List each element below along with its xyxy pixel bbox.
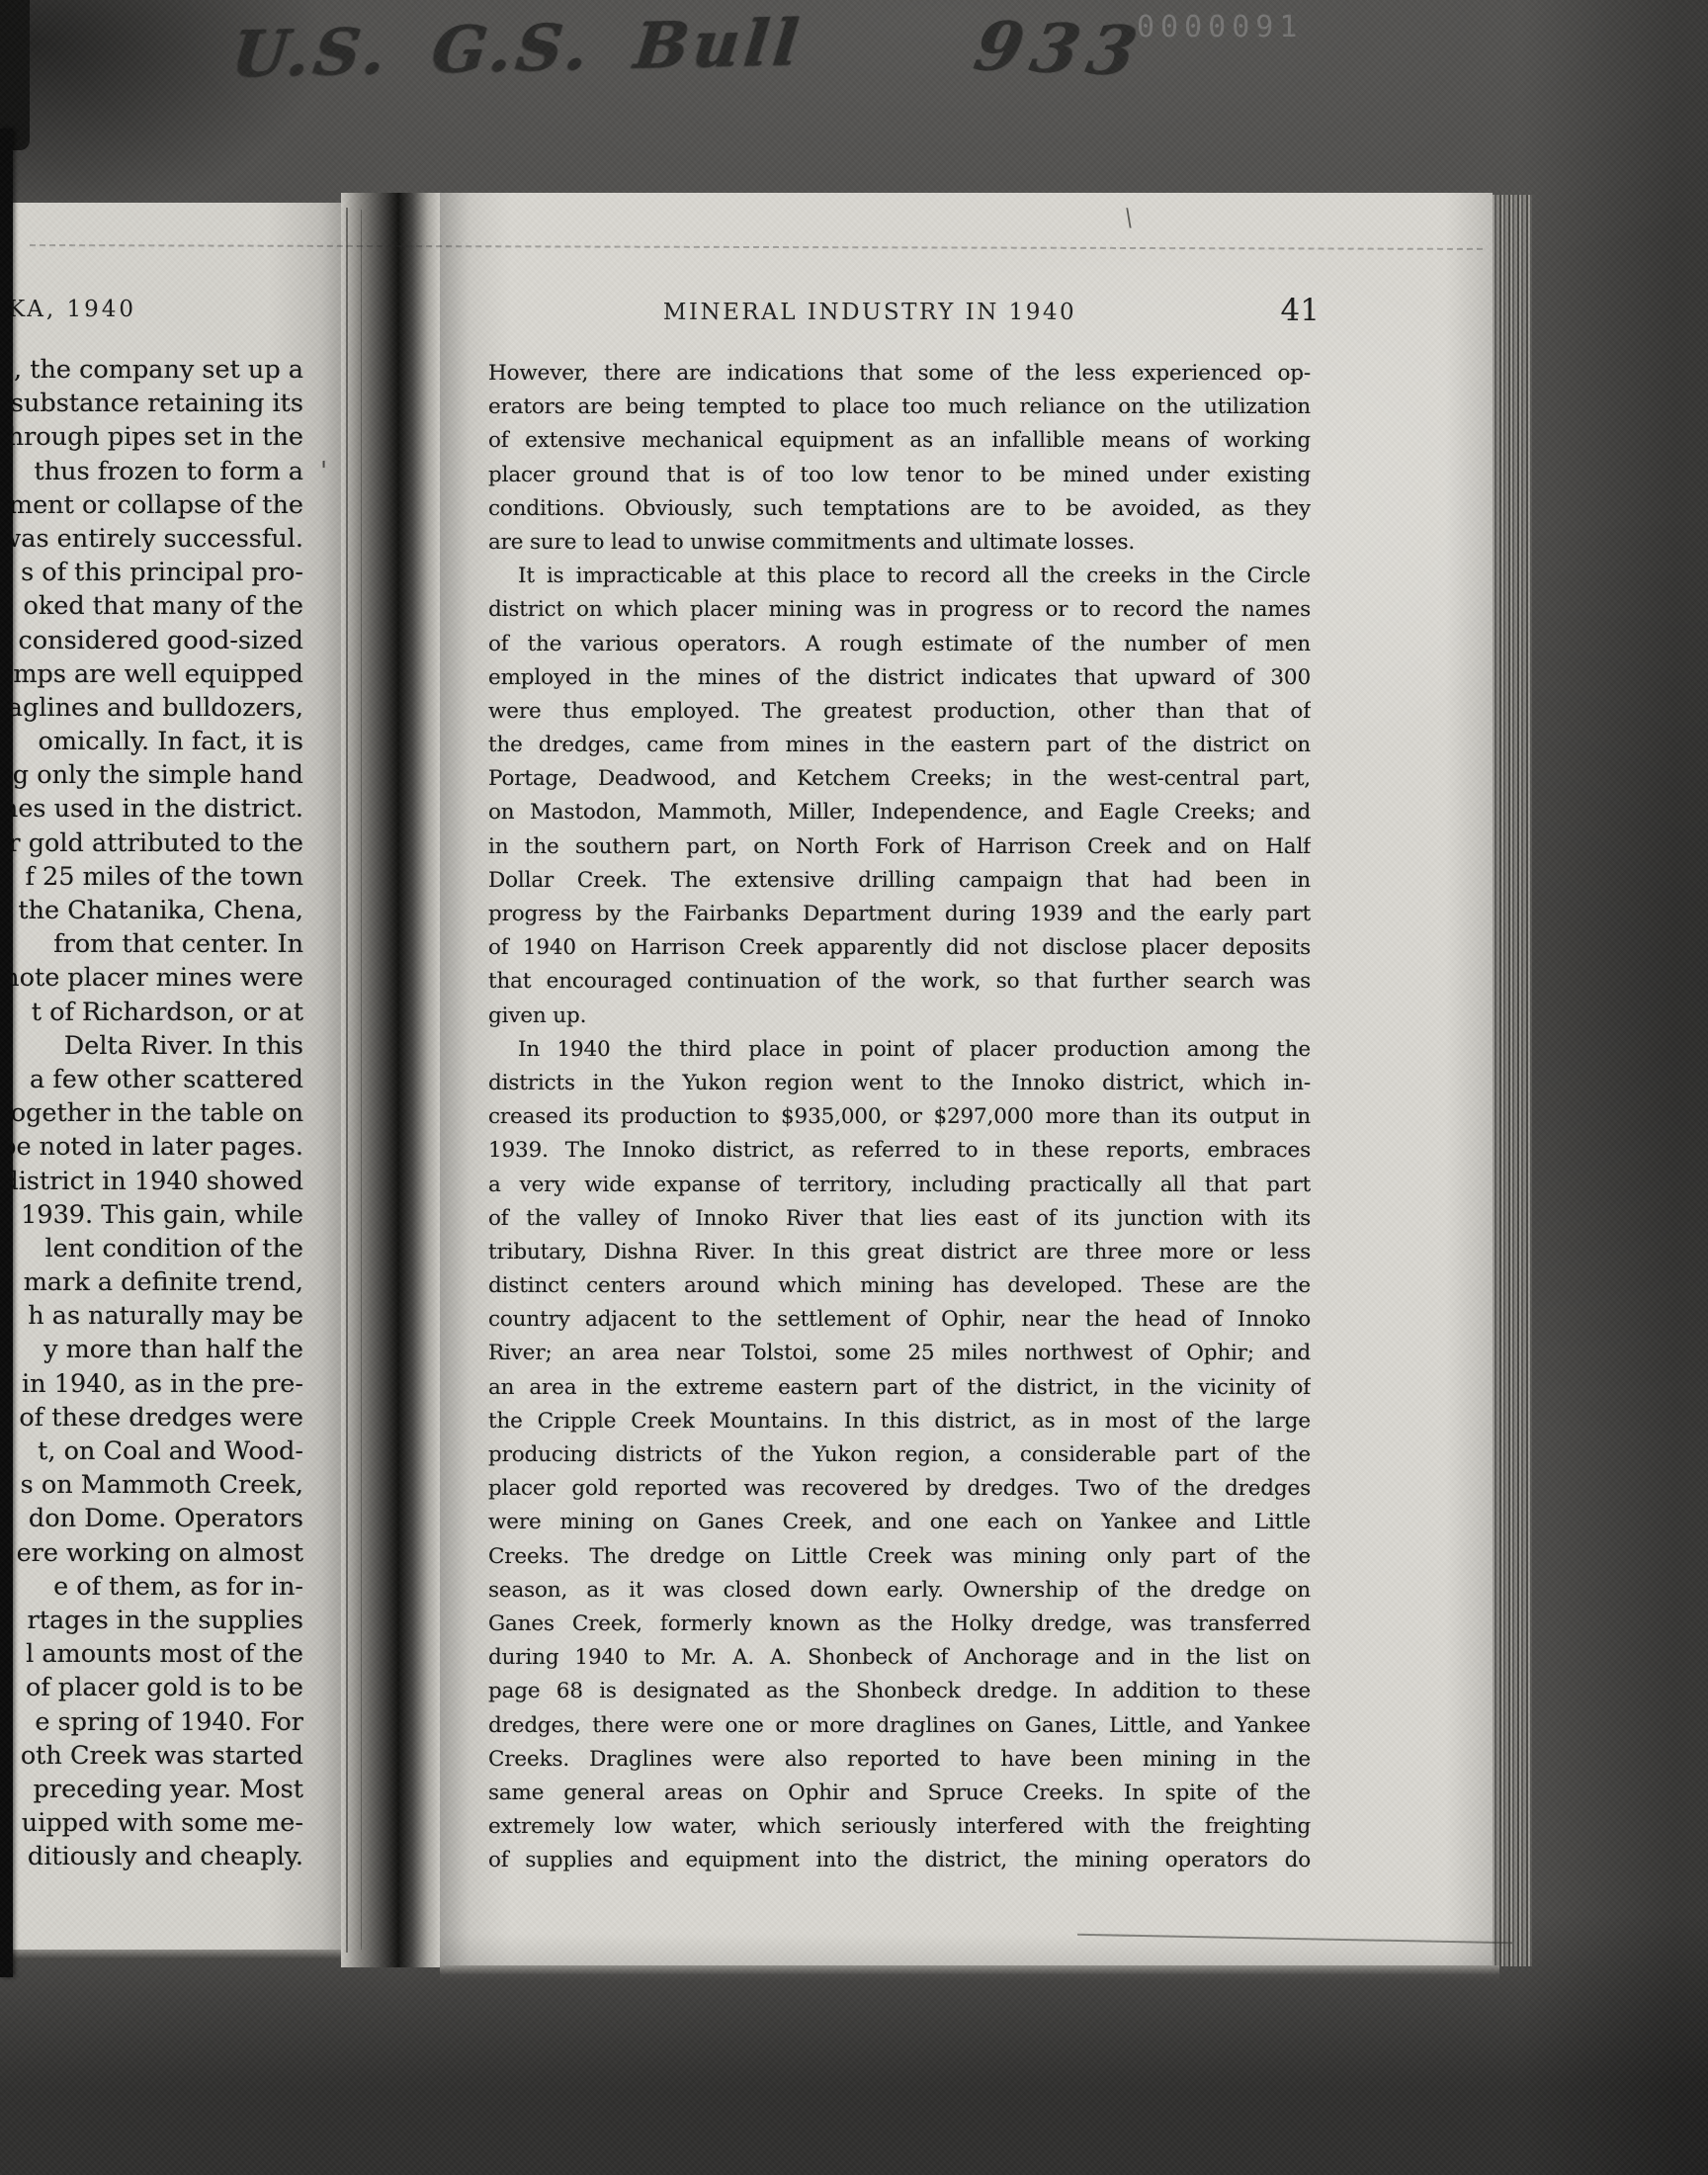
text-line: preceding year. Most	[0, 1773, 303, 1806]
text-line: mps are well equipped	[0, 657, 303, 691]
text-line: same general areas on Ophir and Spruce C…	[488, 1777, 1311, 1810]
text-line: mote placer mines were	[0, 961, 303, 995]
text-line: e spring of 1940. For	[0, 1705, 303, 1739]
text-line: Creeks. Draglines were also reported to …	[488, 1743, 1311, 1777]
text-line: together in the table on	[0, 1096, 303, 1130]
left-page-running-head: KA, 1940	[8, 297, 136, 322]
text-line: thus frozen to form a	[0, 455, 303, 488]
stray-ink-mark: '	[320, 457, 327, 486]
text-line: l amounts most of the	[0, 1637, 303, 1671]
text-line: of supplies and equipment into the distr…	[488, 1844, 1311, 1877]
text-line: hrough pipes set in the	[0, 420, 303, 454]
text-line: Dollar Creek. The extensive drilling cam…	[488, 864, 1311, 898]
text-line: was entirely successful.	[0, 522, 303, 556]
text-line: In 1940 the third place in point of plac…	[488, 1033, 1311, 1067]
page-edge-line	[361, 210, 362, 1950]
text-line: considered good-sized	[0, 624, 303, 657]
text-line: erators are being tempted to place too m…	[488, 391, 1311, 424]
handwritten-bulletin-number: 933	[965, 7, 1152, 108]
text-line: don Dome. Operators	[0, 1502, 303, 1535]
page-stack-edges	[1493, 195, 1532, 1966]
text-line: in the southern part, on North Fork of H…	[488, 830, 1311, 864]
text-line: oth Creek was started	[0, 1739, 303, 1773]
text-line: extremely low water, which seriously int…	[488, 1810, 1311, 1844]
text-line: River; an area near Tolstoi, some 25 mil…	[488, 1337, 1311, 1370]
text-line: , the company set up a	[0, 353, 303, 387]
text-line: substance retaining its	[0, 387, 303, 420]
text-line: employed in the mines of the district in…	[488, 661, 1311, 695]
text-line: ere working on almost	[0, 1536, 303, 1570]
text-line: from that center. In	[0, 927, 303, 961]
text-line: the Chatanika, Chena,	[0, 894, 303, 927]
faint-stamp-number: 0000091	[1137, 10, 1303, 44]
text-line: during 1940 to Mr. A. A. Shonbeck of Anc…	[488, 1641, 1311, 1675]
text-line: er gold attributed to the	[0, 826, 303, 860]
text-line: conditions. Obviously, such temptations …	[488, 492, 1311, 526]
text-line: ment or collapse of the	[0, 488, 303, 522]
text-line: the dredges, came from mines in the east…	[488, 729, 1311, 762]
text-line: lent condition of the	[0, 1232, 303, 1265]
text-line: Creeks. The dredge on Little Creek was m…	[488, 1540, 1311, 1574]
text-line: are sure to lead to unwise commitments a…	[488, 526, 1311, 560]
text-line: of 1940 on Harrison Creek apparently did…	[488, 931, 1311, 965]
text-line: rtages in the supplies	[0, 1604, 303, 1637]
text-line: distinct centers around which mining has…	[488, 1269, 1311, 1303]
text-line: omically. In fact, it is	[0, 725, 303, 758]
text-line: oked that many of the	[0, 589, 303, 623]
text-line: s of this principal pro-	[0, 556, 303, 589]
text-line: of these dredges were	[0, 1401, 303, 1435]
text-line: ditiously and cheaply.	[0, 1840, 303, 1873]
page-running-head: MINERAL INDUSTRY IN 1940	[488, 300, 1251, 325]
text-line: Ganes Creek, formerly known as the Holky…	[488, 1608, 1311, 1641]
text-line: given up.	[488, 1000, 1311, 1033]
paragraph: However, there are indications that some…	[488, 357, 1311, 560]
text-line: on Mastodon, Mammoth, Miller, Independen…	[488, 796, 1311, 829]
text-line: page 68 is designated as the Shonbeck dr…	[488, 1675, 1311, 1708]
text-line: s on Mammoth Creek,	[0, 1468, 303, 1502]
paragraph: It is impracticable at this place to rec…	[488, 560, 1311, 1033]
text-line: It is impracticable at this place to rec…	[488, 560, 1311, 593]
handwritten-note: U.S. G.S. Bull	[226, 6, 806, 113]
text-line: district in 1940 showed	[0, 1165, 303, 1198]
text-line: district on which placer mining was in p…	[488, 593, 1311, 627]
text-line: uipped with some me-	[0, 1806, 303, 1840]
text-line: in 1940, as in the pre-	[0, 1367, 303, 1401]
body-text: However, there are indications that some…	[488, 357, 1311, 1877]
text-line: of placer gold is to be	[0, 1671, 303, 1704]
text-line: f 25 miles of the town	[0, 860, 303, 894]
left-page-text-column: , the company set up asubstance retainin…	[0, 353, 303, 1883]
text-line: placer ground that is of too low tenor t…	[488, 459, 1311, 492]
text-line: hes used in the district.	[0, 792, 303, 826]
text-line: dredges, there were one or more dragline…	[488, 1709, 1311, 1743]
text-line: h as naturally may be	[0, 1299, 303, 1333]
text-line: were thus employed. The greatest product…	[488, 695, 1311, 729]
text-line: Portage, Deadwood, and Ketchem Creeks; i…	[488, 762, 1311, 796]
text-line: mark a definite trend,	[0, 1265, 303, 1299]
text-line: of the various operators. A rough estima…	[488, 628, 1311, 661]
text-line: creased its production to $935,000, or $…	[488, 1100, 1311, 1134]
book-gutter-shadow	[341, 193, 440, 1967]
text-line: the Cripple Creek Mountains. In this dis…	[488, 1405, 1311, 1438]
text-line: that encouraged continuation of the work…	[488, 965, 1311, 999]
text-line: a very wide expanse of territory, includ…	[488, 1169, 1311, 1202]
text-line: tributary, Dishna River. In this great d…	[488, 1236, 1311, 1269]
scanned-book-page: U.S. G.S. Bull 933 0000091 KA, 1940 , th…	[0, 0, 1708, 2175]
text-line: of extensive mechanical equipment as an …	[488, 424, 1311, 458]
text-line: be noted in later pages.	[0, 1130, 303, 1164]
text-line: a few other scattered	[0, 1063, 303, 1096]
text-line: t, on Coal and Wood-	[0, 1435, 303, 1468]
text-line: raglines and bulldozers,	[0, 691, 303, 725]
text-line: 1939. This gain, while	[0, 1198, 303, 1232]
scan-edge-strip	[0, 129, 13, 1977]
text-line: of the valley of Innoko River that lies …	[488, 1202, 1311, 1236]
text-line: However, there are indications that some…	[488, 357, 1311, 391]
text-line: Delta River. In this	[0, 1029, 303, 1063]
text-line: e of them, as for in-	[0, 1570, 303, 1604]
text-line: country adjacent to the settlement of Op…	[488, 1303, 1311, 1337]
page-bottom-edge	[440, 1965, 1499, 1981]
text-line: t of Richardson, or at	[0, 996, 303, 1029]
text-line: placer gold reported was recovered by dr…	[488, 1472, 1311, 1506]
text-line: y more than half the	[0, 1333, 303, 1366]
text-line: producing districts of the Yukon region,…	[488, 1438, 1311, 1472]
text-line: progress by the Fairbanks Department dur…	[488, 898, 1311, 931]
page-bottom-edge	[10, 1950, 341, 1963]
page-edge-line	[346, 208, 348, 1953]
text-line: season, as it was closed down early. Own…	[488, 1574, 1311, 1608]
text-line: districts in the Yukon region went to th…	[488, 1067, 1311, 1100]
text-line: g only the simple hand	[0, 758, 303, 792]
text-line: an area in the extreme eastern part of t…	[488, 1371, 1311, 1405]
paragraph: In 1940 the third place in point of plac…	[488, 1033, 1311, 1878]
page-number: 41	[1255, 293, 1320, 328]
text-line: were mining on Ganes Creek, and one each…	[488, 1506, 1311, 1539]
text-line: 1939. The Innoko district, as referred t…	[488, 1134, 1311, 1168]
